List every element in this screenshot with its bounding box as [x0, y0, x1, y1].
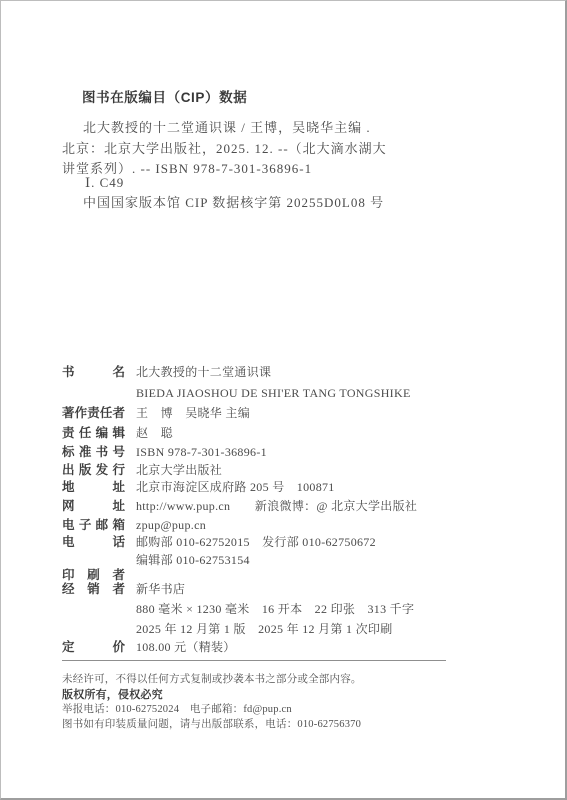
- info-row-label: 经销者: [62, 582, 125, 596]
- info-row-value: 邮购部 010-62752015 发行部 010-62750672: [136, 535, 376, 549]
- info-row-value: 北京市海淀区成府路 205 号 100871: [136, 480, 335, 494]
- info-row-label: 印刷者: [62, 568, 125, 582]
- cip-line: 北大教授的十二堂通识课 / 王博，吴晓华主编 .: [83, 117, 371, 136]
- info-row-label: 网址: [62, 499, 125, 513]
- info-row-distributor: 经销者 新华书店: [62, 582, 185, 596]
- info-row-publisher: 出版发行 北京大学出版社: [62, 463, 222, 477]
- info-row-value: ISBN 978-7-301-36896-1: [136, 445, 267, 459]
- info-row-label: 标准书号: [62, 445, 125, 459]
- info-row-editor: 责任编辑 赵 聪: [62, 426, 173, 440]
- info-row-value: 北京大学出版社: [136, 463, 222, 477]
- info-row-label: 电话: [62, 535, 125, 549]
- info-row-phone: 电话 邮购部 010-62752015 发行部 010-62750672: [62, 535, 376, 549]
- info-row-value: 编辑部 010-62753154: [136, 553, 250, 567]
- info-row-format: 880 毫米 × 1230 毫米 16 开本 22 印张 313 千字: [62, 602, 414, 616]
- notice-line-bold: 版权所有，侵权必究: [62, 686, 163, 702]
- divider-rule: [62, 660, 446, 661]
- notice-line: 未经许可，不得以任何方式复制或抄袭本书之部分或全部内容。: [62, 671, 362, 686]
- info-row-title: 书名 北大教授的十二堂通识课: [62, 365, 271, 379]
- info-row-label: 著作责任者: [62, 406, 125, 420]
- info-row-isbn: 标准书号 ISBN 978-7-301-36896-1: [62, 445, 267, 459]
- cip-line: Ⅰ. C49: [85, 175, 124, 191]
- info-row-printer: 印刷者: [62, 568, 136, 582]
- info-row-value: 2025 年 12 月第 1 版 2025 年 12 月第 1 次印刷: [136, 622, 393, 636]
- colophon-page: 图书在版编目（CIP）数据 北大教授的十二堂通识课 / 王博，吴晓华主编 . 北…: [0, 0, 567, 800]
- info-row-edition: 2025 年 12 月第 1 版 2025 年 12 月第 1 次印刷: [62, 622, 393, 636]
- info-row-authors: 著作责任者 王 博 吴晓华 主编: [62, 406, 250, 420]
- info-row-label: 出版发行: [62, 463, 125, 477]
- notice-line: 举报电话：010-62752024 电子邮箱：fd@pup.cn: [62, 701, 292, 716]
- info-row-label: 责任编辑: [62, 426, 125, 440]
- info-row-value: 王 博 吴晓华 主编: [136, 406, 250, 420]
- info-row-price: 定价 108.00 元（精装）: [62, 640, 236, 654]
- info-row-value: 北大教授的十二堂通识课: [136, 365, 271, 379]
- info-row-value: 880 毫米 × 1230 毫米 16 开本 22 印张 313 千字: [136, 602, 414, 616]
- info-row-phone2: 编辑部 010-62753154: [62, 553, 250, 567]
- info-row-value: 赵 聪: [136, 426, 173, 440]
- info-row-pinyin: BIEDA JIAOSHOU DE SHI'ER TANG TONGSHIKE: [62, 386, 411, 400]
- notice-line: 图书如有印装质量问题，请与出版部联系，电话：010-62756370: [62, 716, 361, 731]
- cip-line: 北京：北京大学出版社，2025. 12. --（北大滴水湖大: [62, 138, 387, 157]
- info-row-label: 书名: [62, 365, 125, 379]
- cip-line: 中国国家版本馆 CIP 数据核字第 20255D0L08 号: [83, 192, 384, 211]
- info-row-address: 地址 北京市海淀区成府路 205 号 100871: [62, 480, 335, 494]
- info-row-value: BIEDA JIAOSHOU DE SHI'ER TANG TONGSHIKE: [136, 386, 411, 400]
- info-row-label: 地址: [62, 480, 125, 494]
- info-row-value: 108.00 元（精装）: [136, 640, 236, 654]
- cip-heading: 图书在版编目（CIP）数据: [82, 86, 247, 106]
- info-row-value: http://www.pup.cn 新浪微博：@ 北京大学出版社: [136, 499, 417, 513]
- info-row-label: 电子邮箱: [62, 518, 125, 532]
- info-row-email: 电子邮箱 zpup@pup.cn: [62, 518, 206, 532]
- info-row-label: 定价: [62, 640, 125, 654]
- info-row-value: zpup@pup.cn: [136, 518, 206, 532]
- info-row-website: 网址 http://www.pup.cn 新浪微博：@ 北京大学出版社: [62, 499, 417, 513]
- info-row-value: 新华书店: [136, 582, 185, 596]
